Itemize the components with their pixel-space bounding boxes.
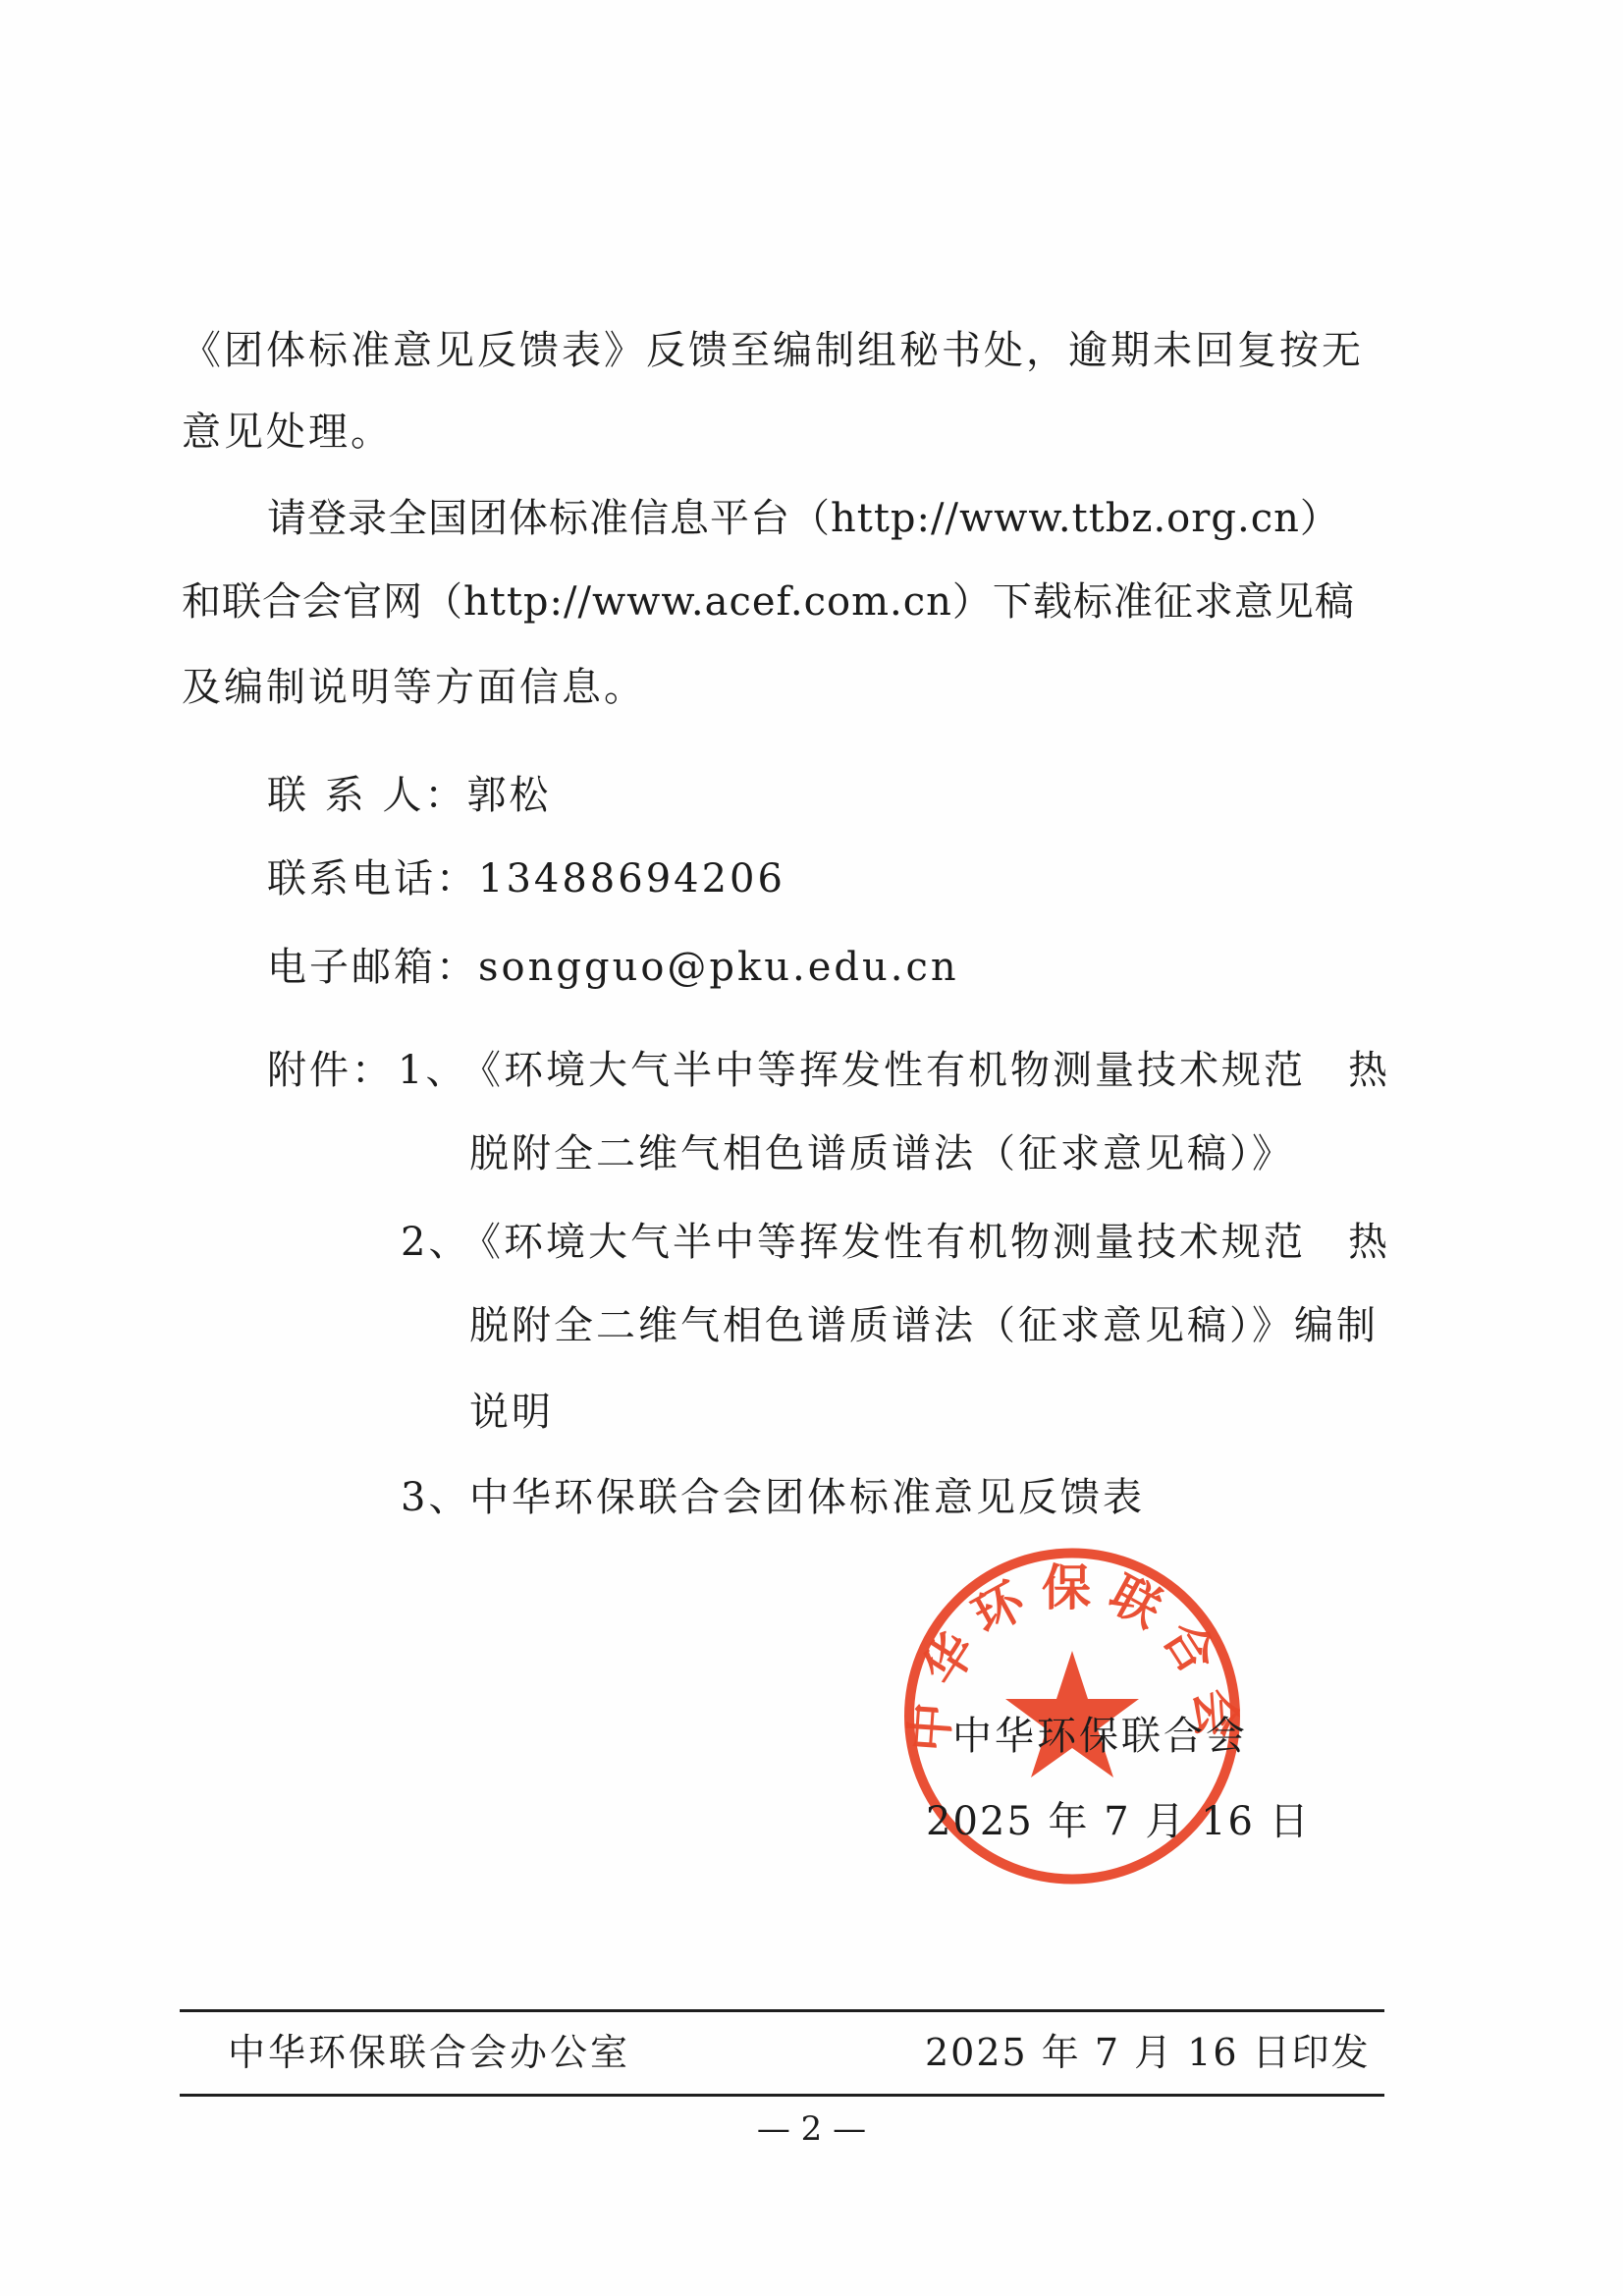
contact-phone-value: 13488694206: [478, 856, 785, 902]
document-page: 《团体标准意见反馈表》反馈至编制组秘书处，逾期未回复按无 意见处理。 请登录全国…: [0, 0, 1623, 2296]
paragraph-line: 意见处理。: [182, 409, 393, 456]
paragraph-line: 和联合会官网（http://www.acef.com.cn）下载标准征求意见稿: [182, 578, 1355, 626]
contact-phone: 联系电话：13488694206: [267, 855, 785, 902]
footer-issuer: 中华环保联合会办公室: [228, 2030, 630, 2075]
footer-issue-date: 2025 年 7 月 16 日印发: [925, 2030, 1371, 2075]
contact-phone-label: 联系电话：: [267, 856, 478, 902]
contact-person-label: 联 系 人：: [267, 773, 466, 818]
contact-person: 联 系 人：郭松: [267, 772, 551, 819]
attachment-line: 脱附全二维气相色谱质谱法（征求意见稿）》编制: [469, 1302, 1379, 1349]
attachment-line: 中华环保联合会团体标准意见反馈表: [469, 1474, 1145, 1521]
attachment-number: 1、: [398, 1047, 467, 1094]
attachment-line: 脱附全二维气相色谱质谱法（征求意见稿）》: [469, 1130, 1294, 1177]
paragraph-line: 《团体标准意见反馈表》反馈至编制组秘书处，逾期未回复按无: [182, 327, 1364, 374]
page-number: — 2 —: [0, 2109, 1623, 2149]
attachment-line: 《环境大气半中等挥发性有机物测量技术规范 热: [461, 1219, 1390, 1266]
contact-person-value: 郭松: [466, 773, 551, 818]
attachment-line: 说明: [469, 1389, 554, 1436]
attachment-line: 《环境大气半中等挥发性有机物测量技术规范 热: [461, 1047, 1390, 1094]
attachment-number: 2、: [401, 1219, 470, 1266]
footer-bottom-rule: [180, 2094, 1384, 2097]
contact-email-value: songguo@pku.edu.cn: [478, 945, 959, 990]
contact-email: 电子邮箱：songguo@pku.edu.cn: [267, 944, 959, 991]
signature-organization: 中华环保联合会: [952, 1713, 1248, 1760]
contact-email-label: 电子邮箱：: [267, 945, 478, 990]
attachment-number: 3、: [401, 1474, 470, 1521]
attachments-label: 附件：: [267, 1047, 394, 1094]
paragraph-line: 请登录全国团体标准信息平台（http://www.ttbz.org.cn）: [267, 495, 1340, 542]
footer-top-rule: [180, 2009, 1384, 2012]
paragraph-line: 及编制说明等方面信息。: [182, 664, 646, 711]
signature-date: 2025 年 7 月 16 日: [926, 1798, 1311, 1845]
